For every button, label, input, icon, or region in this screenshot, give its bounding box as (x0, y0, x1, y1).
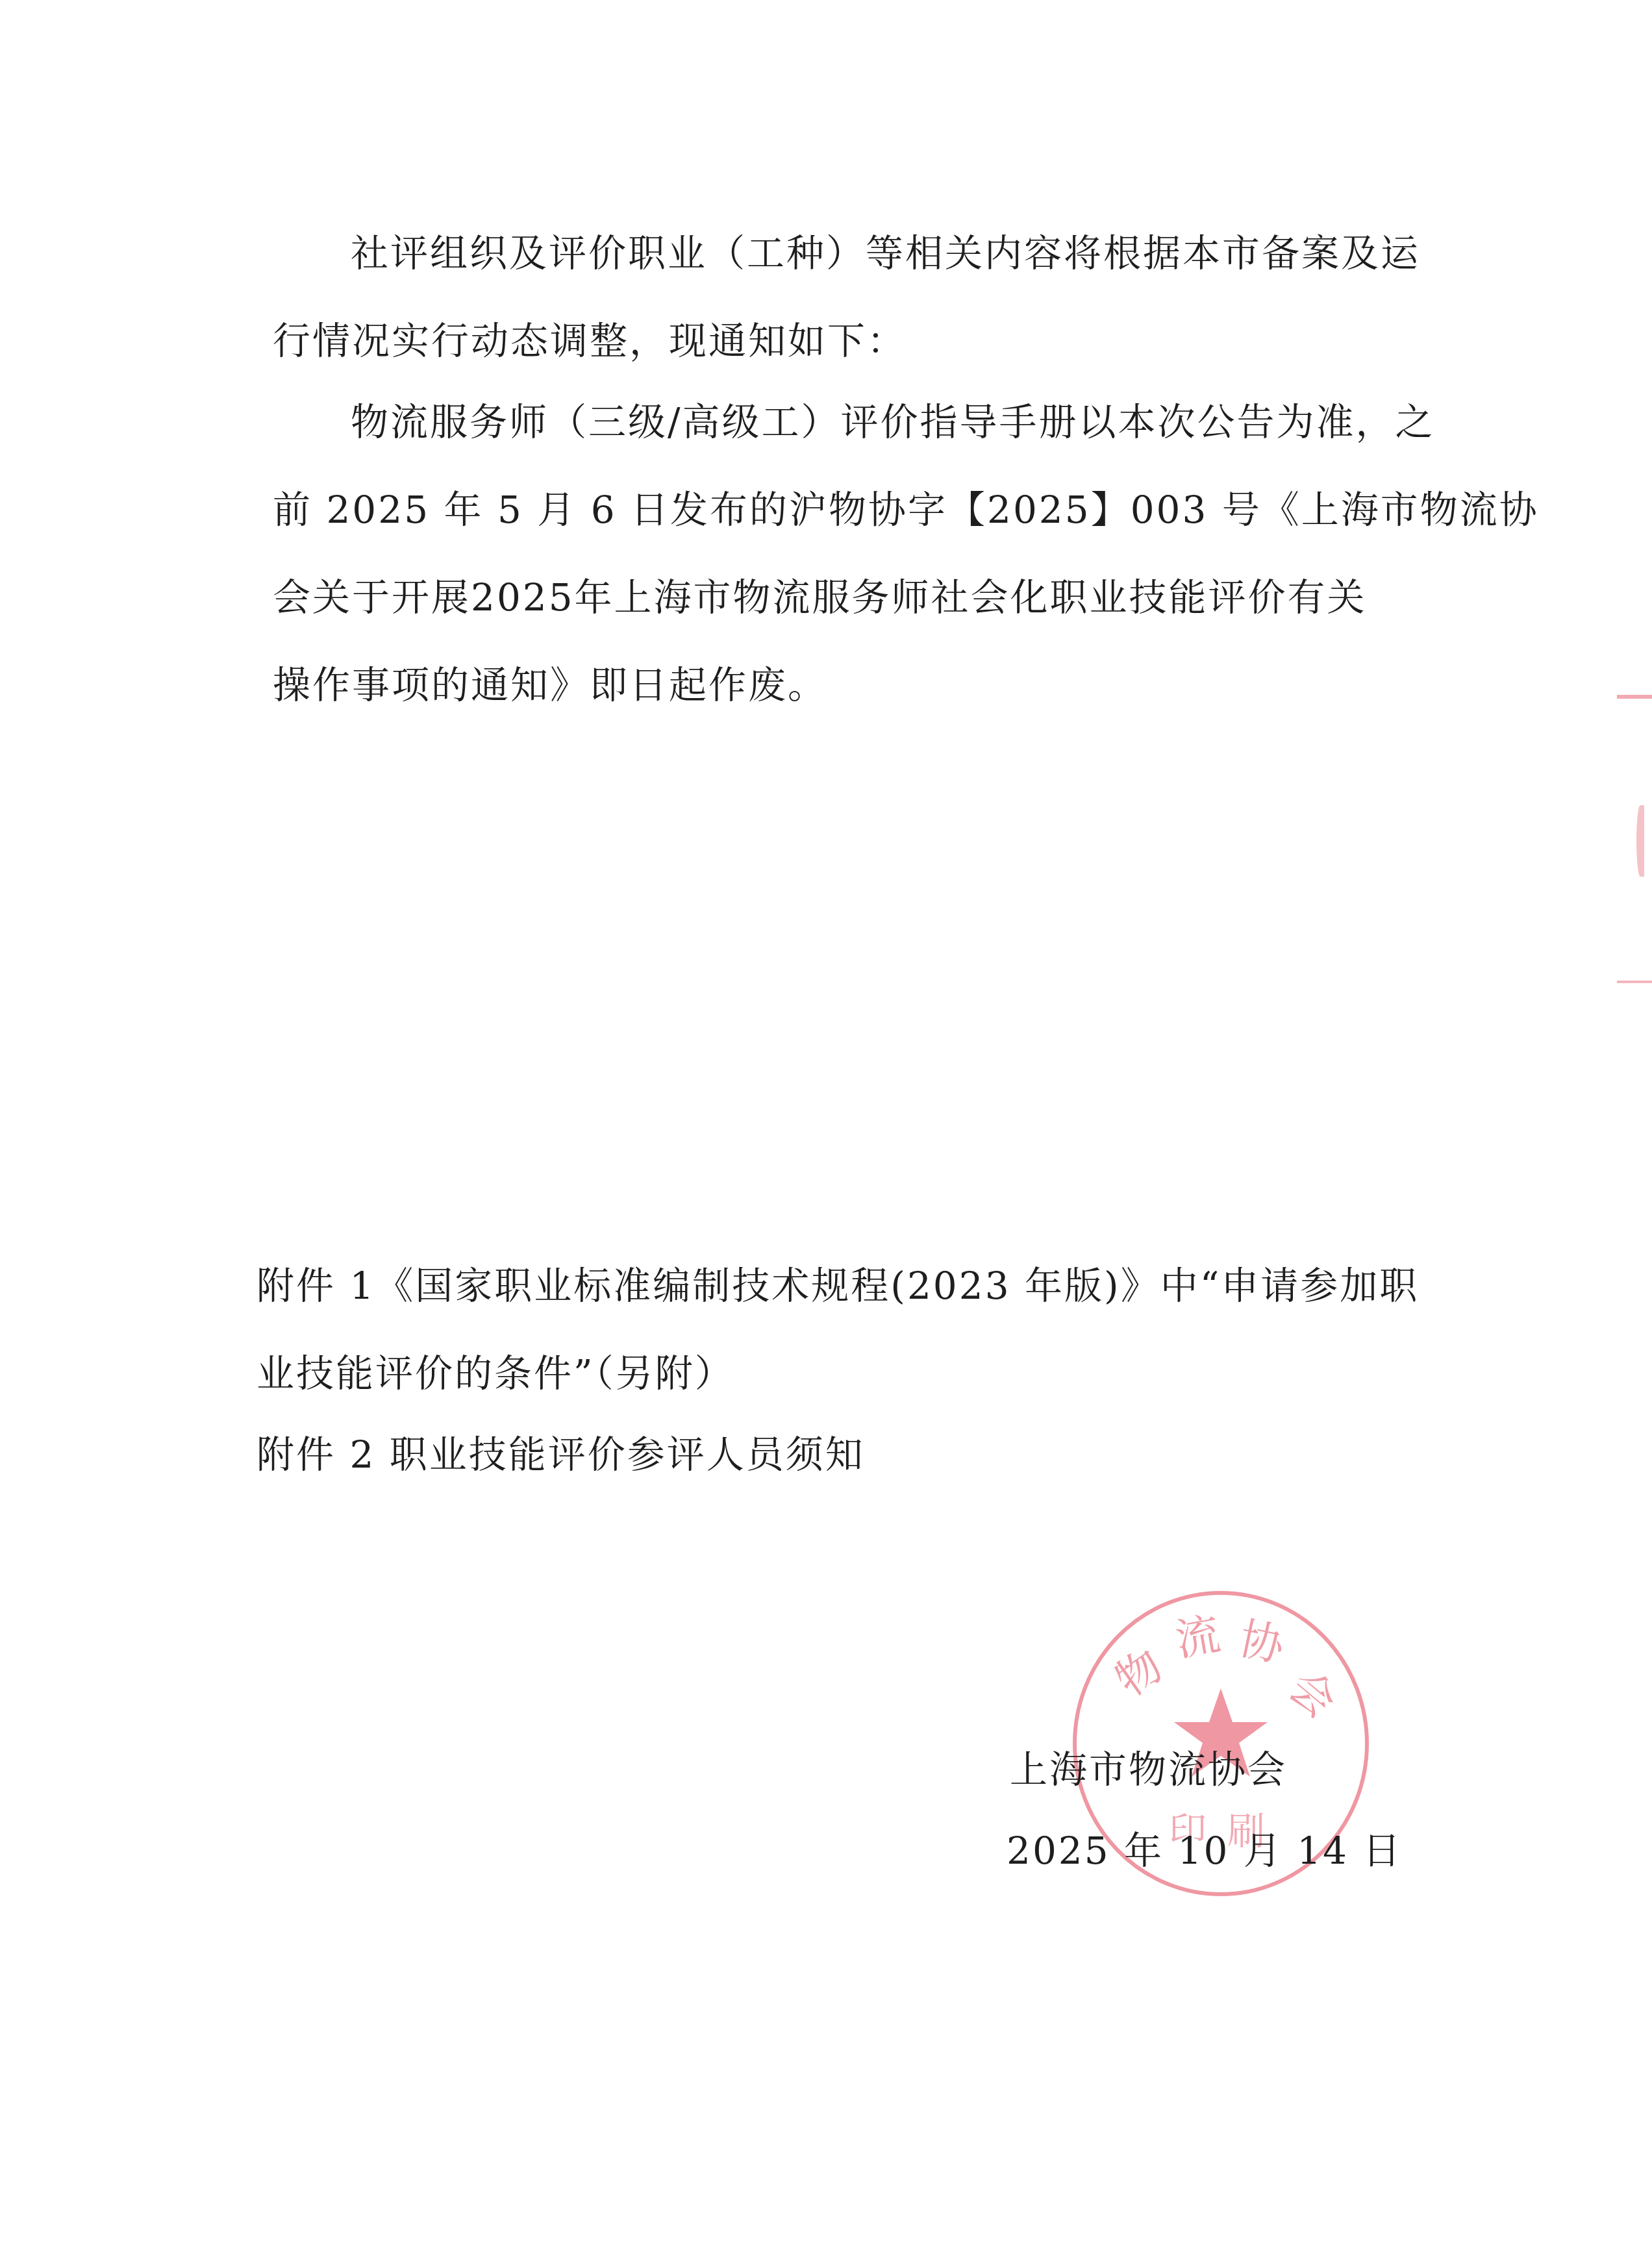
edge-seal-mark-top (1617, 695, 1652, 699)
svg-text:会: 会 (1279, 1661, 1345, 1729)
svg-text:流: 流 (1171, 1608, 1224, 1667)
attachment2: 附件 2 职业技能评价参评人员须知 (257, 1432, 865, 1477)
paragraph2-line2: 前 2025 年 5 月 6 日发布的沪物协字【2025】003 号《上海市物流… (273, 487, 1539, 532)
paragraph1-line2: 行情况实行动态调整，现通知如下： (273, 318, 907, 364)
attachment1-line2: 业技能评价的条件”（另附） (257, 1351, 734, 1396)
paragraph2-line1: 物流服务师（三级/高级工）评价指导手册以本次公告为准，之 (351, 399, 1435, 445)
svg-text:协: 协 (1234, 1613, 1290, 1673)
paragraph1-line1: 社评组织及评价职业（工种）等相关内容将根据本市备案及运 (351, 231, 1420, 276)
paragraph2-line4: 操作事项的通知》即日起作废。 (273, 662, 827, 708)
edge-seal-mark-middle (1636, 805, 1644, 877)
signature-organization: 上海市物流协会 (1010, 1747, 1287, 1792)
signature-date: 2025 年 10 月 14 日 (1007, 1828, 1402, 1873)
attachment1-line1: 附件 1《国家职业标准编制技术规程(2023 年版)》中“申请参加职 (257, 1263, 1419, 1308)
paragraph2-line3: 会关于开展2025年上海市物流服务师社会化职业技能评价有关 (273, 575, 1367, 620)
edge-seal-mark-bottom (1617, 981, 1652, 983)
svg-text:物: 物 (1107, 1640, 1172, 1707)
